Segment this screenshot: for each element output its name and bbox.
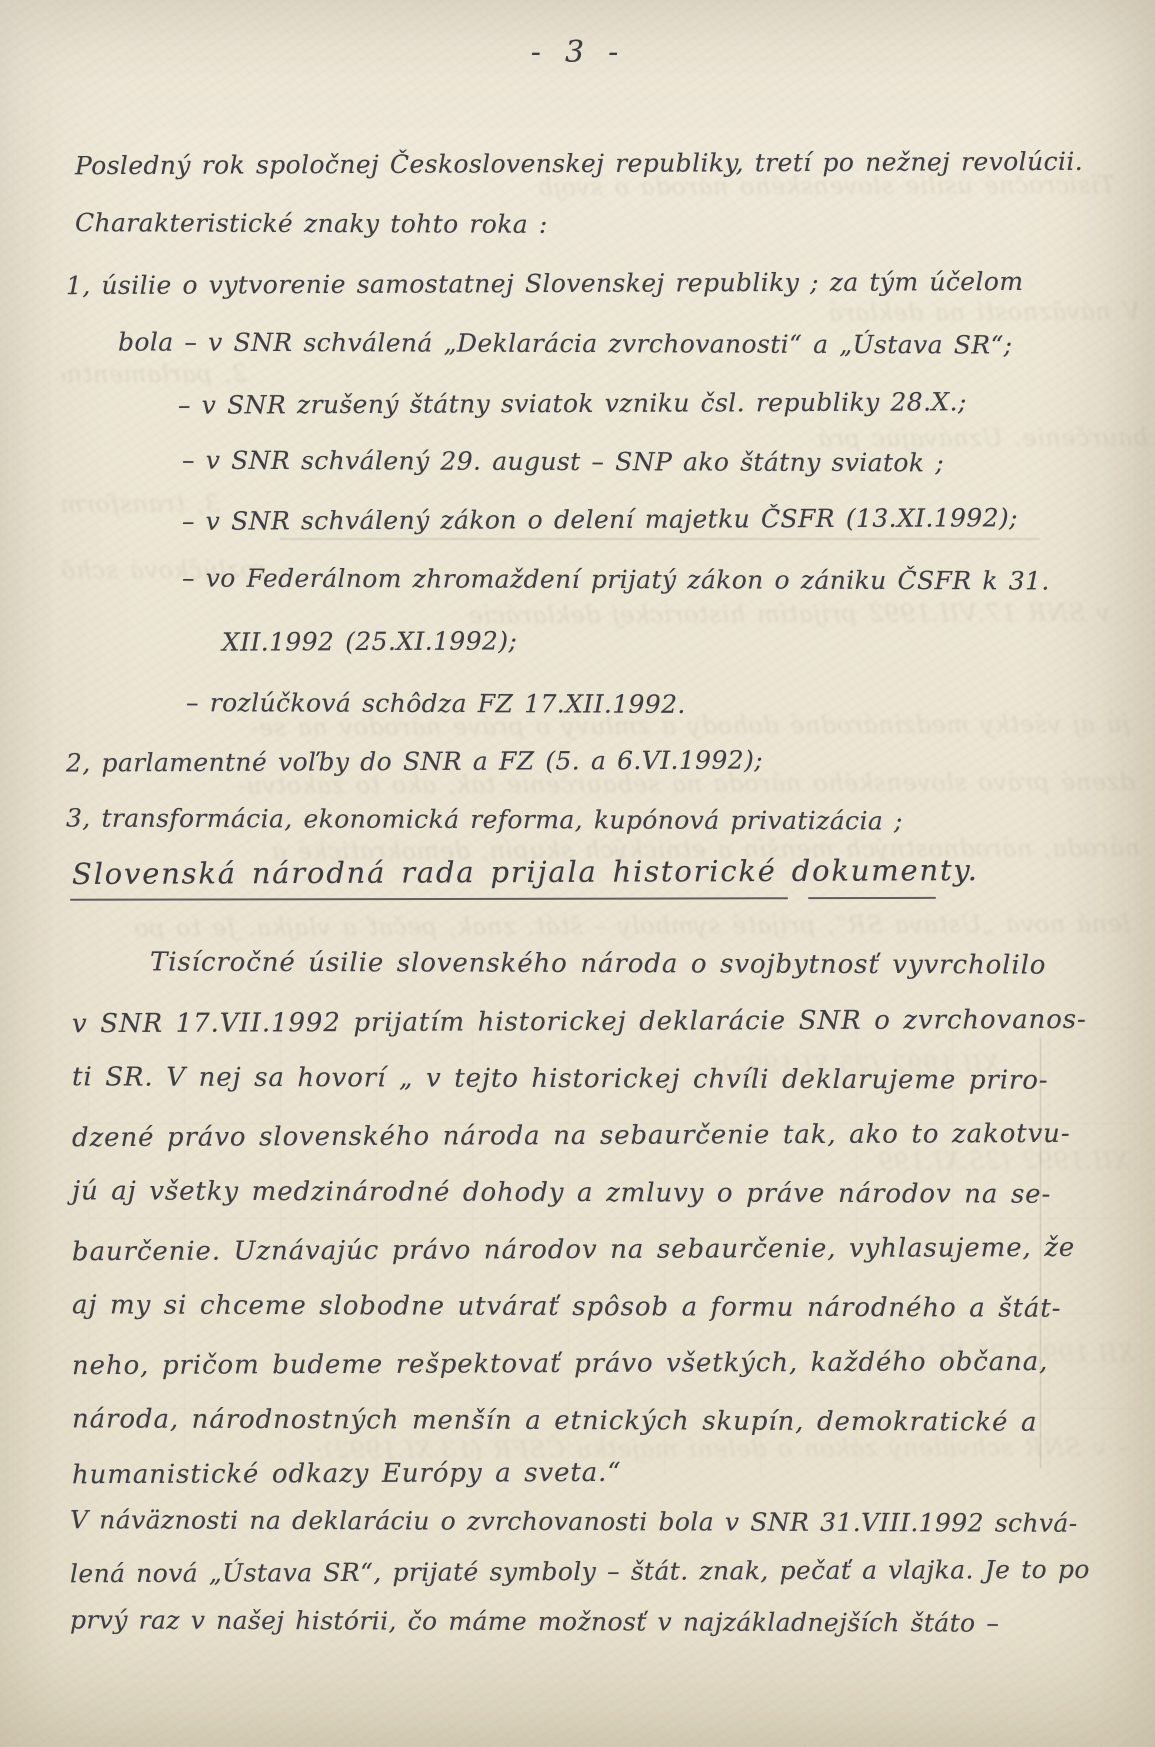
closing-line: V náväznosti na deklaráciu o zvrchovanos… [70,1506,1078,1538]
paragraph-line: aj my si chceme slobodne utvárať spôsob … [72,1291,1061,1324]
bullet-line: – v SNR schválený 29. august – SNP ako š… [182,447,944,478]
intro-line-2: Charakteristické znaky tohto roka : [75,209,548,239]
paragraph-line: baurčenie. Uznávajúc právo národov na se… [72,1234,1075,1268]
bleed-through-text: lená nová „Ústava SR“, prijaté symboly –… [75,910,1130,943]
list-item-1-line-1: 1, úsilie o vytvorenie samostatnej Slove… [66,268,1024,301]
heading-underline [70,897,788,901]
bullet-line: – v SNR schválený zákon o delení majetku… [182,504,1018,536]
section-heading: Slovenská národná rada prijala historick… [72,854,979,891]
bullet-line: – vo Federálnom zhromaždení prijatý záko… [182,564,1050,596]
closing-line: prvý raz v našej histórii, čo máme možno… [70,1606,999,1638]
list-item-2: 2, parlamentné voľby do SNR a FZ (5. a 6… [66,746,763,778]
bleed-through-text: V náväznosti na deklaráciu o zvrchovanos… [830,297,1140,326]
bleed-through-text: XII.1992 (25.XI.1992); [880,1146,1130,1175]
list-item-3: 3, transformácia, ekonomická reforma, ku… [66,805,903,837]
bullet-line: – v SNR zrušený štátny sviatok vzniku čs… [178,388,967,420]
paragraph-line: dzené právo slovenského národa na sebaur… [72,1120,1071,1154]
paragraph-line: humanistické odkazy Európy a sveta.“ [72,1459,622,1491]
paragraph-line: národa, národnostných menšín a etnických… [72,1405,1037,1438]
paragraph-line: Tisícročné úsilie slovenského národa o s… [150,948,1046,981]
document-page: Tisícročné úsilie slovenského národa o s… [0,0,1155,1747]
bleed-through-text: 2, parlamentné voľby do SNR a FZ (5. a 6… [62,360,247,389]
bleed-through-rule [280,538,1040,540]
bleed-through-text: v SNR 17.VII.1992 prijatím historickej d… [470,599,1110,630]
paragraph-line: ti SR. V nej sa hovorí „ v tejto histori… [72,1063,1049,1096]
closing-line: lená nová „Ústava SR“, prijaté symboly –… [70,1556,1090,1589]
page-number: - 3 - [0,36,1155,71]
list-item-1-line-2: bola – v SNR schválená „Deklarácia zvrch… [118,328,1013,360]
paragraph-line: v SNR 17.VII.1992 prijatím historickej d… [72,1006,1087,1040]
bullet-line: – rozlúčková schôdza FZ 17.XII.1992. [186,689,686,719]
paragraph-line: jú aj všetky medzinárodné dohody a zmluv… [72,1177,1051,1210]
bullet-continuation-line: XII.1992 (25.XI.1992); [222,627,517,657]
paragraph-line: neho, pričom budeme rešpektovať právo vš… [72,1348,1048,1382]
heading-underline [808,897,936,899]
intro-line-1: Posledný rok spoločnej Československej r… [75,148,1083,181]
